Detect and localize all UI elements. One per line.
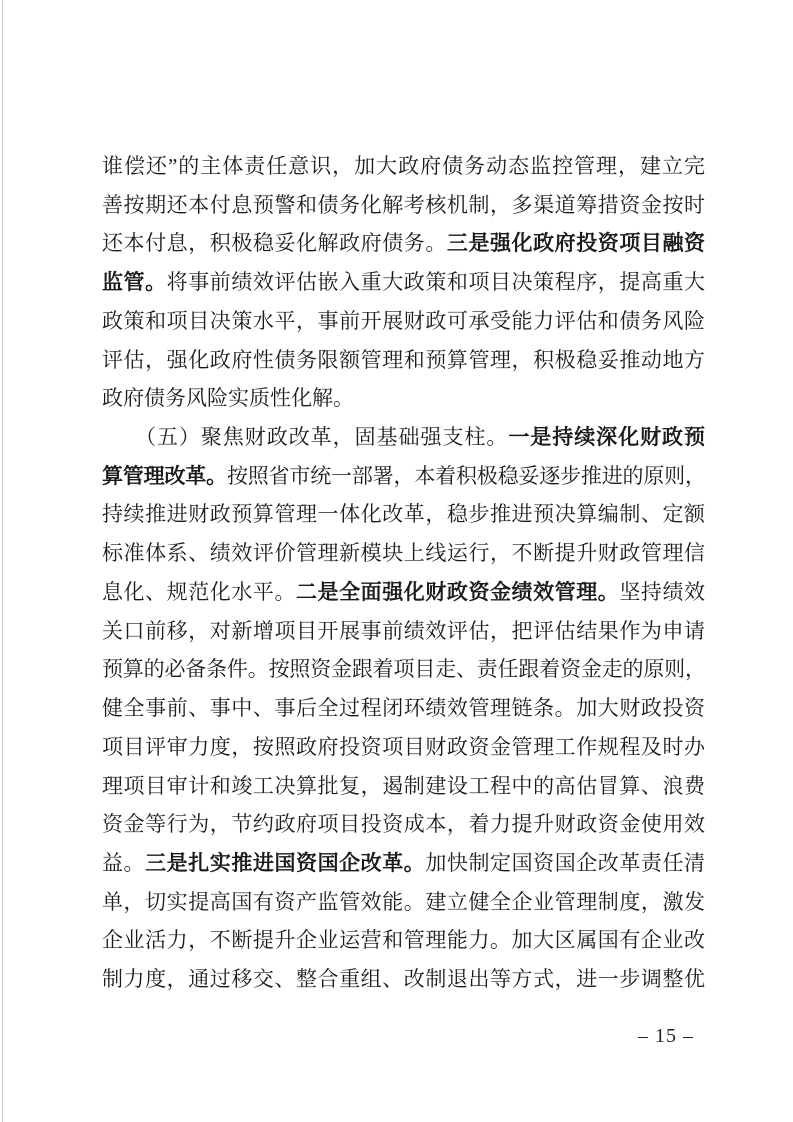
- text-line: 预算的必备条件。按照资金跟着项目走、责任跟着资金走的原则，: [102, 650, 705, 689]
- text-run: 资金等行为，节约政府项目投资成本，着力提升财政资金使用效: [102, 812, 705, 836]
- text-line: 谁偿还”的主体责任意识，加大政府债务动态监控管理，建立完: [102, 147, 705, 186]
- text-run: 项目评审力度，按照政府投资项目财政资金管理工作规程及时办: [102, 735, 705, 759]
- text-run-bold: 监管。: [102, 270, 167, 294]
- text-run: 政策和项目决策水平，事前开展财政可承受能力评估和债务风险: [102, 309, 705, 333]
- text-run: 谁偿还”的主体责任意识，加大政府债务动态监控管理，建立完: [102, 154, 705, 178]
- text-run: 息化、规范化水平。: [102, 580, 296, 604]
- text-run-bold: 三是扎实推进国资国企改革。: [145, 851, 425, 875]
- text-line: 还本付息，积极稳妥化解政府债务。三是强化政府投资项目融资: [102, 224, 705, 263]
- text-run: 持续推进财政预算管理一体化改革，稳步推进预决算编制、定额: [102, 502, 705, 526]
- text-line: 制力度，通过移交、整合重组、改制退出等方式，进一步调整优: [102, 960, 705, 999]
- text-run: 善按期还本付息预警和债务化解考核机制，多渠道筹措资金按时: [102, 193, 705, 217]
- text-run: 理项目审计和竣工决算批复，遏制建设工程中的高估冒算、浪费: [102, 774, 705, 798]
- page-number: – 15 –: [616, 1024, 716, 1048]
- text-run: 标准体系、绩效评价管理新模块上线运行，不断提升财政管理信: [102, 541, 705, 565]
- text-line: 理项目审计和竣工决算批复，遏制建设工程中的高估冒算、浪费: [102, 767, 705, 806]
- text-run: 政府债务风险实质性化解。: [102, 386, 354, 410]
- text-line: 标准体系、绩效评价管理新模块上线运行，不断提升财政管理信: [102, 534, 705, 573]
- text-run: 单，切实提高国有资产监管效能。建立健全企业管理制度，激发: [102, 890, 705, 914]
- text-line: 单，切实提高国有资产监管效能。建立健全企业管理制度，激发: [102, 883, 705, 922]
- text-run: 按照省市统一部署，本着积极稳妥逐步推进的原则，: [227, 464, 705, 488]
- text-run-bold: 二是全面强化财政资金绩效管理。: [296, 580, 619, 604]
- document-body: 谁偿还”的主体责任意识，加大政府债务动态监控管理，建立完 善按期还本付息预警和债…: [102, 147, 705, 999]
- text-line: 息化、规范化水平。二是全面强化财政资金绩效管理。坚持绩效: [102, 573, 705, 612]
- text-run: 坚持绩效: [619, 580, 705, 604]
- text-line: 评估，强化政府性债务限额管理和预算管理，积极稳妥推动地方: [102, 341, 705, 380]
- text-line: 企业活力，不断提升企业运营和管理能力。加大区属国有企业改: [102, 921, 705, 960]
- text-line: 资金等行为，节约政府项目投资成本，着力提升财政资金使用效: [102, 805, 705, 844]
- text-line: 健全事前、事中、事后全过程闭环绩效管理链条。加大财政投资: [102, 689, 705, 728]
- text-run: 企业活力，不断提升企业运营和管理能力。加大区属国有企业改: [102, 928, 705, 952]
- text-run-bold: 算管理改革。: [102, 464, 227, 488]
- text-run: 还本付息，积极稳妥化解政府债务。: [102, 231, 447, 255]
- text-run: 健全事前、事中、事后全过程闭环绩效管理链条。加大财政投资: [102, 696, 705, 720]
- text-run-bold: 一是持续深化财政预: [508, 425, 705, 449]
- text-run-bold: 三是强化政府投资项目融资: [447, 231, 705, 255]
- text-line: 关口前移，对新增项目开展事前绩效评估，把评估结果作为申请: [102, 612, 705, 651]
- text-line: 监管。将事前绩效评估嵌入重大政策和项目决策程序，提高重大: [102, 263, 705, 302]
- text-run: 将事前绩效评估嵌入重大政策和项目决策程序，提高重大: [167, 270, 705, 294]
- text-run: 益。: [102, 851, 145, 875]
- text-line: 持续推进财政预算管理一体化改革，稳步推进预决算编制、定额: [102, 495, 705, 534]
- text-line: 善按期还本付息预警和债务化解考核机制，多渠道筹措资金按时: [102, 186, 705, 225]
- scan-edge-line: [2, 0, 3, 1122]
- text-line: 益。三是扎实推进国资国企改革。加快制定国资国企改革责任清: [102, 844, 705, 883]
- text-run: 制力度，通过移交、整合重组、改制退出等方式，进一步调整优: [102, 967, 705, 991]
- text-line: 政府债务风险实质性化解。: [102, 379, 705, 418]
- text-line: 政策和项目决策水平，事前开展财政可承受能力评估和债务风险: [102, 302, 705, 341]
- text-run: 加快制定国资国企改革责任清: [425, 851, 705, 875]
- text-line: 项目评审力度，按照政府投资项目财政资金管理工作规程及时办: [102, 728, 705, 767]
- text-run: 评估，强化政府性债务限额管理和预算管理，积极稳妥推动地方: [102, 348, 705, 372]
- text-run: 关口前移，对新增项目开展事前绩效评估，把评估结果作为申请: [102, 619, 705, 643]
- text-run: 预算的必备条件。按照资金跟着项目走、责任跟着资金走的原则，: [102, 657, 705, 681]
- text-line: （五）聚焦财政改革，固基础强支柱。一是持续深化财政预: [102, 418, 705, 457]
- text-run: （五）聚焦财政改革，固基础强支柱。: [135, 425, 508, 449]
- text-line: 算管理改革。按照省市统一部署，本着积极稳妥逐步推进的原则，: [102, 457, 705, 496]
